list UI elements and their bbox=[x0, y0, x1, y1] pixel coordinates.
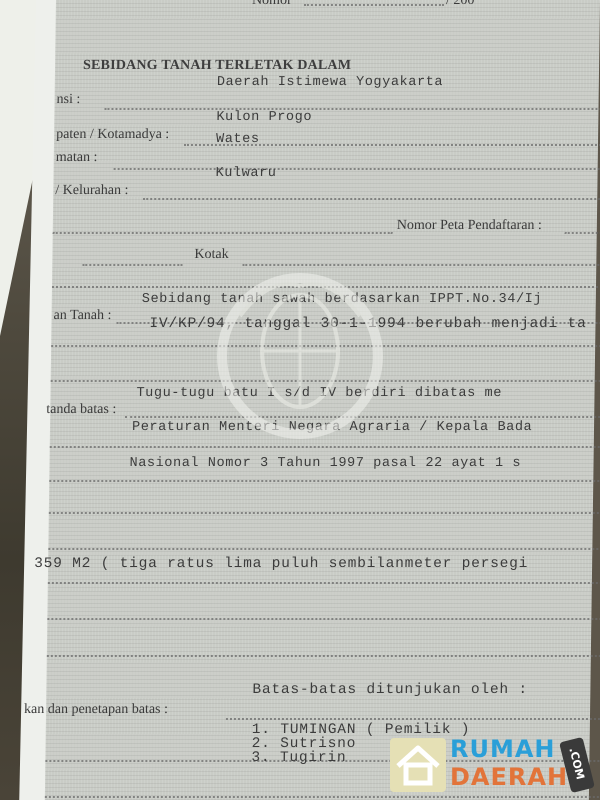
nomor-peta-label: Nomor Peta Pendaftaran : bbox=[397, 218, 542, 234]
batas-intro: Batas-batas ditunjukan oleh : bbox=[252, 682, 528, 698]
field-desa-value: Kulwaru bbox=[215, 166, 276, 181]
rumahdaerah-watermark: RUMAH DAERAH .COM bbox=[390, 735, 600, 797]
watermark-daerah: DAERAH bbox=[450, 763, 568, 791]
tanda-batas-line-3: Nasional Nomor 3 Tahun 1997 pasal 22 aya… bbox=[129, 456, 521, 471]
dotted-line bbox=[226, 718, 600, 720]
dotted-line bbox=[114, 168, 600, 170]
dotted-line bbox=[48, 548, 600, 550]
official-stamp-icon bbox=[200, 256, 400, 456]
dotted-line bbox=[48, 582, 600, 584]
tanda-batas-label: tanda batas : bbox=[46, 402, 116, 418]
field-kecamatan-label: matan : bbox=[56, 150, 98, 166]
field-provinsi-value: Daerah Istimewa Yogyakarta bbox=[217, 75, 443, 90]
batas-item-3: 3. Tugirin bbox=[251, 750, 346, 766]
watermark-rumah: RUMAH bbox=[450, 735, 556, 763]
dotted-line bbox=[82, 264, 182, 266]
dotted-line bbox=[47, 655, 600, 657]
dotted-line bbox=[565, 232, 600, 234]
nomor-year: / 200 bbox=[446, 0, 475, 9]
section-title: SEBIDANG TANAH TERLETAK DALAM bbox=[83, 58, 351, 74]
field-kabupaten-value: Kulon Progo bbox=[216, 110, 312, 125]
field-desa-label: / Kelurahan : bbox=[55, 183, 128, 199]
field-provinsi-label: nsi : bbox=[56, 92, 80, 108]
dotted-line bbox=[143, 198, 600, 200]
penunjukan-label: kan dan penetapan batas : bbox=[24, 702, 168, 718]
field-kabupaten-label: paten / Kotamadya : bbox=[56, 127, 169, 143]
house-icon bbox=[390, 738, 446, 792]
dotted-line bbox=[49, 480, 600, 482]
keadaan-tanah-label: an Tanah : bbox=[53, 308, 111, 324]
nomor-label: Nomor bbox=[252, 0, 292, 9]
field-kecamatan-value: Wates bbox=[216, 132, 260, 147]
nomor-dots bbox=[304, 4, 444, 6]
dotted-line bbox=[47, 618, 600, 620]
dotted-line bbox=[49, 512, 600, 514]
luas-value: 359 M2 ( tiga ratus lima puluh sembilanm… bbox=[34, 556, 528, 572]
dotted-line bbox=[53, 232, 393, 234]
dotted-line bbox=[104, 108, 600, 110]
